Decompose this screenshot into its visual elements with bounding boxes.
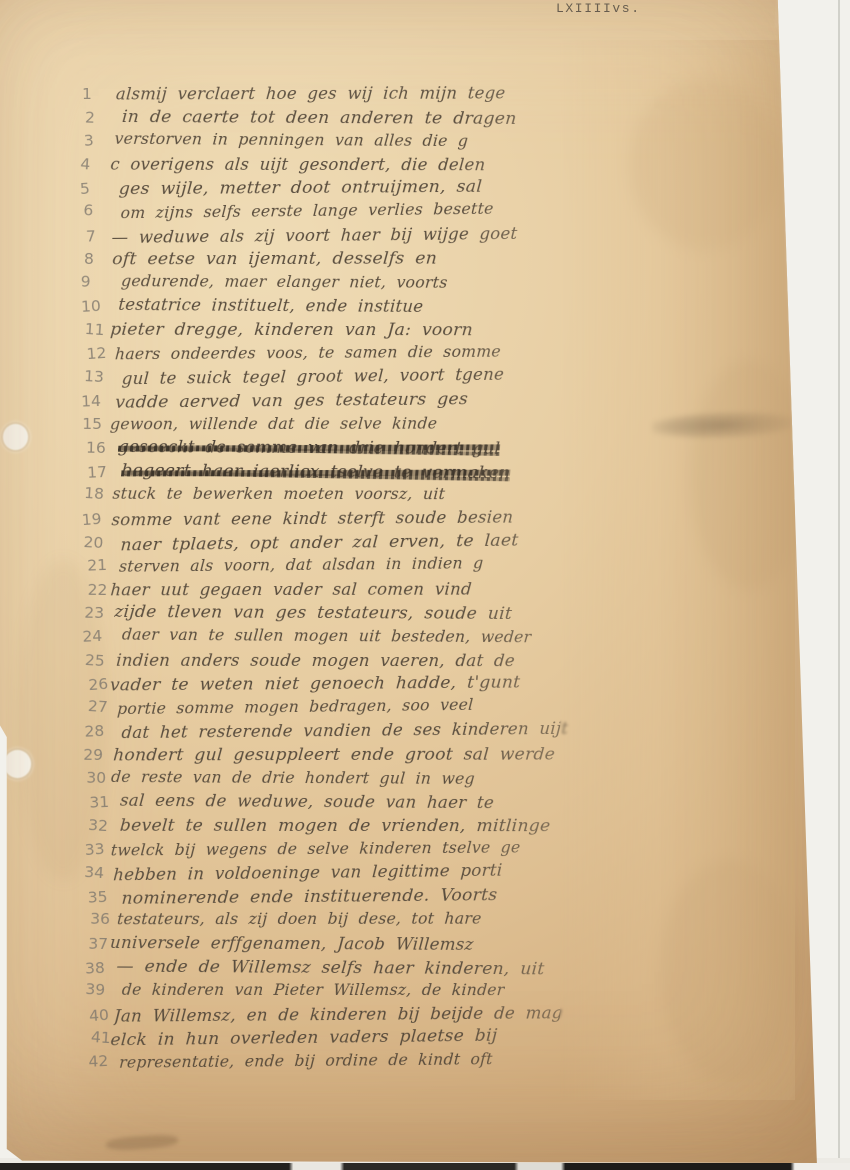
manuscript-line-row: 34 hebben in voldoeninge van legittime p… bbox=[0, 863, 850, 887]
handwritten-text: om zijns selfs eerste lange verlies bese… bbox=[120, 200, 494, 222]
handwritten-text: begeert haer iaerlicx tselve te vermaken bbox=[121, 460, 512, 483]
handwritten-text: vader te weten niet genoech hadde, t'gun… bbox=[109, 673, 521, 696]
manuscript-line-row: 29 hondert gul gesuppleert ende groot sa… bbox=[0, 745, 850, 769]
handwritten-text: vadde aerved van ges testateurs ges bbox=[115, 389, 469, 413]
handwritten-text: zijde tleven van ges testateurs, soude u… bbox=[114, 602, 513, 624]
manuscript-line-row: 9 gedurende, maer elanger niet, voorts bbox=[0, 273, 850, 297]
line-number: 1 bbox=[82, 85, 116, 103]
handwritten-text: somme vant eene kindt sterft soude besie… bbox=[111, 508, 514, 530]
folio-number-label: LXIIIIvs. bbox=[556, 1, 641, 16]
handwritten-text: sal eens de weduwe, soude van haer te bbox=[119, 791, 494, 812]
handwritten-text: portie somme mogen bedragen, soo veel bbox=[117, 696, 474, 718]
line-number: 13 bbox=[84, 367, 119, 387]
handwritten-text: de kinderen van Pieter Willemsz, de kind… bbox=[121, 981, 505, 999]
manuscript-paper: LXIIIIvs. 1 alsmij verclaert hoe ges wij… bbox=[0, 0, 850, 1170]
manuscript-line-row: 35 nominerende ende instituerende. Voort… bbox=[0, 887, 850, 911]
manuscript-line-row: 28 dat het resterende vandien de ses kin… bbox=[0, 721, 850, 745]
line-number: 9 bbox=[80, 272, 114, 291]
line-number: 42 bbox=[88, 1051, 123, 1071]
scanned-manuscript-page: LXIIIIvs. 1 alsmij verclaert hoe ges wij… bbox=[0, 0, 850, 1170]
manuscript-line-row: 19 somme vant eene kindt sterft soude be… bbox=[0, 509, 850, 533]
line-number: 14 bbox=[81, 391, 116, 410]
handwritten-text: hondert gul gesuppleert ende groot sal w… bbox=[113, 745, 556, 766]
handwritten-text: hebben in voldoeninge van legittime port… bbox=[113, 861, 503, 885]
line-number: 21 bbox=[87, 556, 122, 575]
manuscript-line-row: 33 twelck bij wegens de selve kinderen t… bbox=[0, 840, 850, 864]
manuscript-line-row: 26 vader te weten niet genoech hadde, t'… bbox=[0, 674, 850, 698]
manuscript-line-row: 22 haer uut gegaen vader sal comen vind bbox=[0, 580, 850, 604]
handwritten-text: stuck te bewerken moeten voorsz, uit bbox=[112, 485, 446, 503]
handwritten-text: gul te suick tegel groot wel, voort tgen… bbox=[121, 365, 504, 389]
manuscript-line-row: 39 de kinderen van Pieter Willemsz, de k… bbox=[0, 981, 850, 1005]
handwritten-text: in de caerte tot deen anderen te dragen bbox=[121, 107, 517, 129]
handwritten-text: verstorven in penningen van alles die g bbox=[114, 130, 469, 150]
handwritten-text: testateurs, als zij doen bij dese, tot h… bbox=[116, 910, 482, 929]
manuscript-line-row: 13 gul te suick tegel groot wel, voort t… bbox=[0, 367, 850, 391]
line-number: 2 bbox=[85, 108, 120, 127]
handwritten-text: alsmij verclaert hoe ges wij ich mijn te… bbox=[115, 83, 506, 103]
line-number: 6 bbox=[83, 201, 118, 221]
manuscript-line-row: 8 oft eetse van ijemant, desselfs en bbox=[0, 249, 850, 273]
line-number: 28 bbox=[84, 722, 119, 741]
manuscript-line-row: 31 sal eens de weduwe, soude van haer te bbox=[0, 792, 850, 816]
handwritten-text: bevelt te sullen mogen de vrienden, mitl… bbox=[119, 816, 551, 836]
handwritten-text: haers ondeerdes voos, te samen die somme bbox=[114, 342, 501, 363]
handwritten-text: geseeckt de somme van drie hondert gul bbox=[118, 437, 501, 458]
handwritten-text: dat het resterende vandien de ses kinder… bbox=[121, 719, 569, 742]
line-number: 5 bbox=[79, 178, 114, 198]
line-number: 24 bbox=[82, 626, 117, 646]
manuscript-line-row: 5 ges wijle, metter doot ontruijmen, sal bbox=[0, 178, 850, 202]
handwritten-text: elck in hun overleden vaders plaetse bij bbox=[110, 1026, 498, 1051]
handwritten-text: haer uut gegaen vader sal comen vind bbox=[110, 579, 473, 599]
line-number: 10 bbox=[81, 297, 116, 317]
manuscript-line-row: 27 portie somme mogen bedragen, soo veel bbox=[0, 698, 850, 722]
handwritten-text: — ende de Willemsz selfs haer kinderen, … bbox=[116, 956, 546, 979]
handwritten-text: oft eetse van ijemant, desselfs en bbox=[112, 249, 438, 270]
handwritten-text: gewoon, willende dat die selve kinde bbox=[110, 414, 438, 433]
line-number: 25 bbox=[84, 651, 119, 671]
line-number: 20 bbox=[83, 533, 118, 553]
manuscript-line-row: 10 testatrice instituelt, ende institue bbox=[0, 296, 850, 320]
manuscript-lines: 1 alsmij verclaert hoe ges wij ich mijn … bbox=[0, 84, 850, 1076]
manuscript-line-row: 11 pieter dregge, kinderen van Ja: voorn bbox=[0, 320, 850, 344]
handwritten-text: — weduwe als zij voort haer bij wijge go… bbox=[111, 224, 518, 247]
handwritten-text: sterven als voorn, dat alsdan in indien … bbox=[119, 554, 484, 576]
manuscript-line-row: 38 — ende de Willemsz selfs haer kindere… bbox=[0, 958, 850, 982]
manuscript-line-row: 2 in de caerte tot deen anderen te drage… bbox=[0, 108, 850, 132]
line-number: 32 bbox=[88, 816, 123, 836]
manuscript-line-row: 14 vadde aerved van ges testateurs ges bbox=[0, 391, 850, 415]
hole-punch bbox=[4, 750, 31, 778]
manuscript-line-row: 25 indien anders soude mogen vaeren, dat… bbox=[0, 651, 850, 675]
manuscript-line-row: 7 — weduwe als zij voort haer bij wijge … bbox=[0, 226, 850, 250]
manuscript-line-row: 24 daer van te sullen mogen uit besteden… bbox=[0, 627, 850, 651]
handwritten-text: daer van te sullen mogen uit besteden, w… bbox=[121, 626, 532, 647]
manuscript-line-row: 3 verstorven in penningen van alles die … bbox=[0, 131, 850, 155]
manuscript-line-row: 15 gewoon, willende dat die selve kinde bbox=[0, 415, 850, 439]
line-number: 39 bbox=[85, 980, 120, 1000]
line-number: 17 bbox=[87, 462, 122, 482]
manuscript-line-row: 4 c overigens als uijt gesondert, die de… bbox=[0, 155, 850, 179]
handwritten-text: twelck bij wegens de selve kinderen tsel… bbox=[110, 838, 521, 859]
paper-corner-flap bbox=[774, 0, 791, 28]
line-number: 38 bbox=[85, 958, 120, 977]
manuscript-line-row: 37 universele erffgenamen, Jacob Willems… bbox=[0, 934, 850, 958]
line-number: 35 bbox=[87, 887, 122, 906]
manuscript-line-row: 36 testateurs, als zij doen bij dese, to… bbox=[0, 910, 850, 934]
handwritten-text: testatrice instituelt, ende institue bbox=[118, 295, 424, 316]
handwritten-text: indien anders soude mogen vaeren, dat de bbox=[116, 650, 516, 669]
line-number: 16 bbox=[86, 439, 120, 458]
manuscript-line-row: 42 representatie, ende bij ordine de kin… bbox=[0, 1052, 850, 1076]
manuscript-line-row: 32 bevelt te sullen mogen de vrienden, m… bbox=[0, 816, 850, 840]
handwritten-text: nominerende ende instituerende. Voorts bbox=[121, 885, 498, 909]
manuscript-line-row: 16 geseeckt de somme van drie hondert gu… bbox=[0, 438, 850, 462]
manuscript-line-row: 17 begeert haer iaerlicx tselve te verma… bbox=[0, 462, 850, 486]
manuscript-line-row: 30 de reste van de drie hondert gul in w… bbox=[0, 769, 850, 793]
manuscript-line-row: 20 naer tplaets, opt ander zal erven, te… bbox=[0, 533, 850, 557]
scan-edge-shadow-line bbox=[838, 0, 840, 1170]
manuscript-line-row: 41 elck in hun overleden vaders plaetse … bbox=[0, 1028, 850, 1052]
hole-punch bbox=[3, 424, 28, 450]
handwritten-text: Jan Willemsz, en de kinderen bij beijde … bbox=[113, 1003, 563, 1025]
scan-border-strip bbox=[0, 1163, 850, 1170]
manuscript-line-row: 6 om zijns selfs eerste lange verlies be… bbox=[0, 202, 850, 226]
manuscript-line-row: 40 Jan Willemsz, en de kinderen bij beij… bbox=[0, 1005, 850, 1029]
manuscript-line-row: 18 stuck te bewerken moeten voorsz, uit bbox=[0, 485, 850, 509]
manuscript-line-row: 12 haers ondeerdes voos, te samen die so… bbox=[0, 344, 850, 368]
manuscript-line-row: 21 sterven als voorn, dat alsdan in indi… bbox=[0, 556, 850, 580]
manuscript-line-row: 1 alsmij verclaert hoe ges wij ich mijn … bbox=[0, 84, 850, 108]
handwritten-text: universele erffgenamen, Jacob Willemsz bbox=[109, 933, 474, 954]
handwritten-text: ges wijle, metter doot ontruijmen, sal bbox=[118, 177, 483, 199]
handwritten-text: representatie, ende bij ordine de kindt … bbox=[119, 1050, 494, 1072]
handwritten-text: pieter dregge, kinderen van Ja: voorn bbox=[110, 320, 474, 340]
handwritten-text: gedurende, maer elanger niet, voorts bbox=[121, 272, 449, 292]
bottom-smudge-mark bbox=[106, 1134, 179, 1152]
manuscript-line-row: 23 zijde tleven van ges testateurs, soud… bbox=[0, 603, 850, 627]
handwritten-text: de reste van de drie hondert gul in weg bbox=[110, 768, 475, 788]
handwritten-text: naer tplaets, opt ander zal erven, te la… bbox=[120, 530, 519, 555]
handwritten-text: c overigens als uijt gesondert, die dele… bbox=[110, 155, 486, 175]
